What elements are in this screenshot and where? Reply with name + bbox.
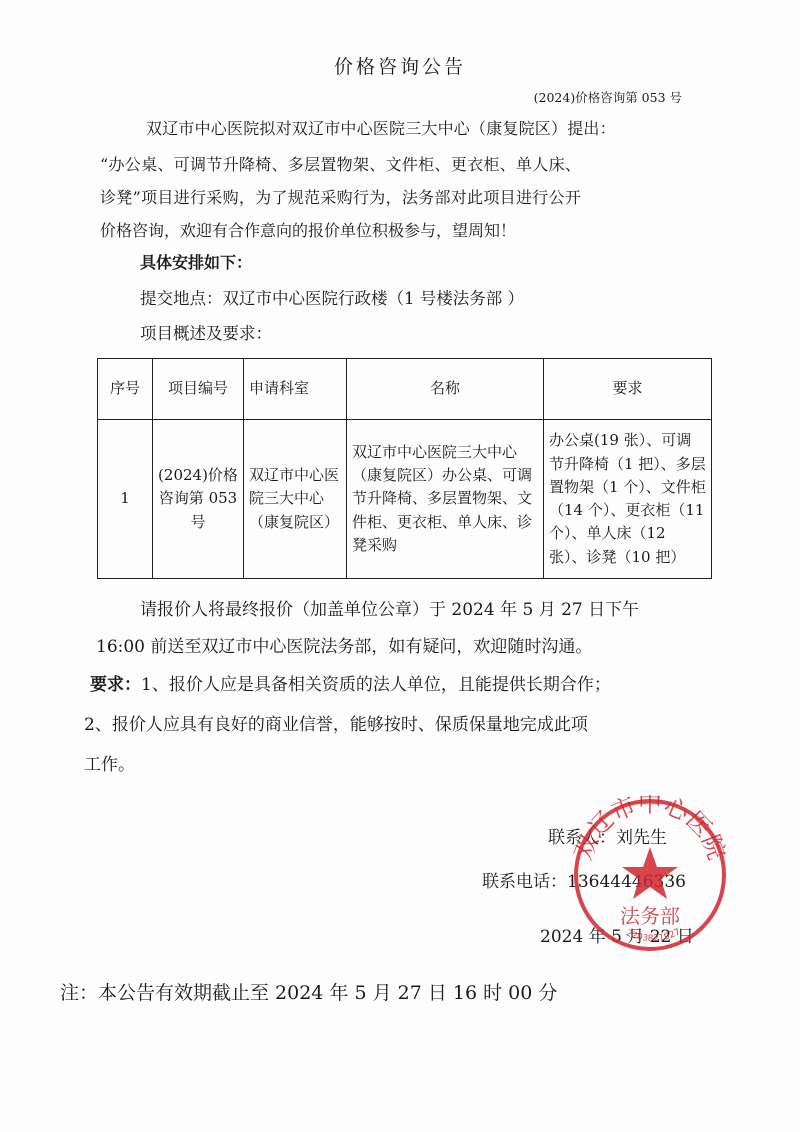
project-table: 序号 项目编号 申请科室 名称 要求 1 (2024)价格咨询第 053 号 双… [97, 358, 712, 579]
requirement-item-2: 2、报价人应具有良好的商业信誉，能够按时、保质保量地完成此项 [84, 710, 588, 735]
cell-name: 双辽市中心医院三大中心（康复院区）办公桌、可调节升降椅、多层置物架、文件柜、更衣… [347, 420, 544, 579]
requirement-item-1: 要求：1、报价人应是具备相关资质的法人单位，且能提供长期合作； [90, 670, 611, 695]
cell-serial: 1 [98, 420, 153, 579]
intro-line-3: 诊凳”项目进行采购，为了规范采购行为，法务部对此项目进行公开 [100, 185, 581, 208]
intro-line-2: “办公桌、可调节升降椅、多层置物架、文件柜、更衣柜、单人床、 [100, 152, 581, 175]
header-name: 名称 [347, 359, 544, 420]
header-serial: 序号 [98, 359, 153, 420]
submit-location: 提交地点：双辽市中心医院行政楼（1 号楼法务部 ） [140, 285, 524, 309]
header-department: 申请科室 [244, 359, 347, 420]
deadline-line-2: 16:00 前送至双辽市中心医院法务部，如有疑问，欢迎随时沟通。 [96, 632, 592, 657]
document-title: 价格咨询公告 [0, 52, 800, 79]
intro-line-4: 价格咨询，欢迎有合作意向的报价单位积极参与，望周知！ [100, 218, 516, 241]
cell-project-code: (2024)价格咨询第 053 号 [153, 420, 244, 579]
validity-note: 注：本公告有效期截止至 2024 年 5 月 27 日 16 时 00 分 [60, 978, 557, 1005]
intro-line-1: 双辽市中心医院拟对双辽市中心医院三大中心（康复院区）提出： [146, 116, 616, 139]
arrangement-heading: 具体安排如下： [140, 250, 252, 273]
header-project-code: 项目编号 [153, 359, 244, 420]
document-page: 价格咨询公告 (2024)价格咨询第 053 号 双辽市中心医院拟对双辽市中心医… [0, 0, 800, 1132]
requirements-label: 要求： [90, 675, 141, 695]
official-seal-stamp: 双辽市中心医院 法务部 2203821927 [570, 795, 730, 955]
table-row: 1 (2024)价格咨询第 053 号 双辽市中心医院三大中心（康复院区） 双辽… [98, 420, 712, 579]
document-number: (2024)价格咨询第 053 号 [534, 88, 682, 106]
deadline-line-1: 请报价人将最终报价（加盖单位公章）于 2024 年 5 月 27 日下午 [140, 595, 639, 620]
requirement-text-1: 1、报价人应是具备相关资质的法人单位，且能提供长期合作； [141, 675, 611, 695]
header-requirements: 要求 [544, 359, 712, 420]
overview-heading: 项目概述及要求： [140, 320, 272, 344]
requirement-item-2-cont: 工作。 [84, 750, 135, 775]
cell-department: 双辽市中心医院三大中心（康复院区） [244, 420, 347, 579]
svg-text:2203821927: 2203821927 [624, 927, 682, 944]
svg-text:法务部: 法务部 [620, 904, 680, 928]
table-header-row: 序号 项目编号 申请科室 名称 要求 [98, 359, 712, 420]
star-icon [622, 847, 678, 899]
cell-requirements: 办公桌(19 张）、可调节升降椅（1 把）、多层置物架（1 个）、文件柜（14 … [544, 420, 712, 579]
